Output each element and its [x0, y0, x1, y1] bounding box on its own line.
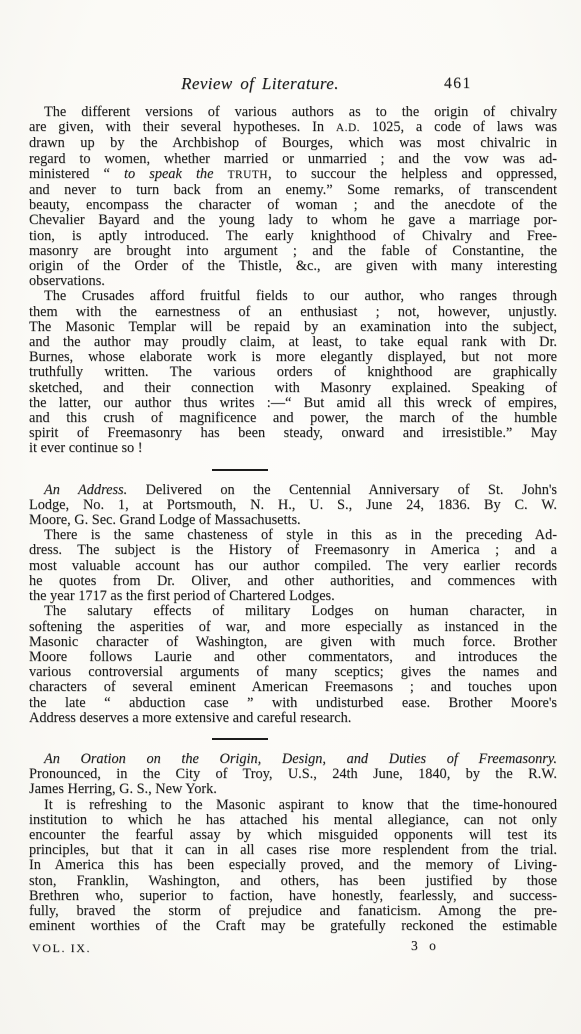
section-divider — [29, 469, 557, 471]
text-line: ston, Franklin, Washington, and others, … — [29, 874, 557, 889]
divider-rule — [212, 738, 268, 740]
text-line: James Herring, G. S., New York. — [29, 782, 557, 797]
italic-text: to speak the — [124, 166, 228, 182]
running-title: Review of Literature. — [130, 74, 390, 94]
text-line: origin of the Order of the Thistle, &c.,… — [29, 259, 557, 274]
text-line: Burnes, whose elaborate work is more ele… — [29, 350, 557, 365]
text-line: characters of several eminent American F… — [29, 680, 557, 695]
text-line: Pronounced, in the City of Troy, U.S., 2… — [29, 767, 557, 782]
address-review-lodges: The salutary effects of military Lodges … — [29, 604, 557, 726]
text-line: the latter, our author thus writes :—“ B… — [29, 396, 557, 411]
text-line: Address deserves a more extensive and ca… — [29, 711, 557, 726]
text-line: regard to women, whether married or unma… — [29, 152, 557, 167]
text-line: There is the same chasteness of style in… — [29, 528, 557, 543]
text-line: Moore follows Laurie and other commentat… — [29, 650, 557, 665]
page-header: Review of Literature. 461 — [0, 0, 581, 100]
signature-mark: 3 o — [411, 938, 440, 954]
text-line: and never to turn back from an enemy.” S… — [29, 183, 557, 198]
oration-review: It is refreshing to the Masonic aspirant… — [29, 798, 557, 935]
text-line: it ever continue so ! — [29, 441, 557, 456]
smallcaps-text: TRUTH — [228, 169, 268, 181]
book-page: Review of Literature. 461 The different … — [0, 0, 581, 1034]
paragraph-crusades: The Crusades afford fruitful fields to o… — [29, 289, 557, 456]
text-line: the late “ abduction case ” with undistu… — [29, 696, 557, 711]
text-line: most valuable account has our author com… — [29, 559, 557, 574]
text-line: The Masonic Templar will be repaid by an… — [29, 320, 557, 335]
text-line: institution to which he has attached his… — [29, 813, 557, 828]
text-line: various controversial arguments of many … — [29, 665, 557, 680]
text-line: Moore, G. Sec. Grand Lodge of Massachuse… — [29, 513, 557, 528]
text-line: encounter the fearful assay by which mis… — [29, 828, 557, 843]
text-line: spirit of Freemasonry has been steady, o… — [29, 426, 557, 441]
text-line: dress. The subject is the History of Fre… — [29, 543, 557, 558]
text-line: An Oration on the Origin, Design, and Du… — [29, 752, 557, 767]
text-line: truthfully written. The various orders o… — [29, 365, 557, 380]
text-line: Brethren who, superior to faction, have … — [29, 889, 557, 904]
text-line: Lodge, No. 1, at Portsmouth, N. H., U. S… — [29, 498, 557, 513]
text-line: tion, is aptly introduced. The early kni… — [29, 229, 557, 244]
text-line: them with the earnestness of an enthusia… — [29, 305, 557, 320]
text-line: An Address. Delivered on the Centennial … — [29, 483, 557, 498]
address-citation: An Address. Delivered on the Centennial … — [29, 483, 557, 529]
page-number: 461 — [444, 75, 472, 93]
oration-citation: An Oration on the Origin, Design, and Du… — [29, 752, 557, 798]
volume-label: VOL. IX. — [32, 941, 91, 956]
text-line: he quotes from Dr. Oliver, and other aut… — [29, 574, 557, 589]
text-line: fully, braved the storm of prejudice and… — [29, 904, 557, 919]
address-review-style: There is the same chasteness of style in… — [29, 528, 557, 604]
text-line: eminent worthies of the Craft may be gra… — [29, 919, 557, 934]
text-line: the year 1717 as the first period of Cha… — [29, 589, 557, 604]
text-line: Masonic character of Washington, are giv… — [29, 635, 557, 650]
smallcaps-text: A.D. — [336, 122, 360, 134]
section-divider — [29, 738, 557, 740]
text-line: observations. — [29, 274, 557, 289]
text-line: masonry are brought into argument ; and … — [29, 244, 557, 259]
text-line: The Crusades afford fruitful fields to o… — [29, 289, 557, 304]
italic-text: An Oration on the Origin, Design, and Du… — [44, 751, 557, 767]
text-line: In America this has been especially prov… — [29, 858, 557, 873]
text-line: sketched, and their connection with Maso… — [29, 381, 557, 396]
text-line: are given, with their several hypotheses… — [29, 120, 557, 136]
italic-text: An Address. — [44, 482, 127, 498]
page-footer: VOL. IX. 3 o — [0, 936, 581, 958]
text-line: Chevalier Bayard and the young lady to w… — [29, 213, 557, 228]
text-line: softening the asperities of war, and mor… — [29, 620, 557, 635]
text-line: The salutary effects of military Lodges … — [29, 604, 557, 619]
text-line: and the author may proudly claim, at lea… — [29, 335, 557, 350]
text-line: and this crush of magnificence and power… — [29, 411, 557, 426]
text-line: It is refreshing to the Masonic aspirant… — [29, 798, 557, 813]
text-line: The different versions of various author… — [29, 105, 557, 120]
text-line: principles, but that it can in all cases… — [29, 843, 557, 858]
paragraph-chivalry: The different versions of various author… — [29, 105, 557, 289]
text-line: ministered “ to speak the TRUTH, to succ… — [29, 167, 557, 183]
divider-rule — [212, 469, 268, 471]
page-body: The different versions of various author… — [29, 105, 557, 934]
text-line: drawn up by the Archbishop of Bourges, w… — [29, 136, 557, 151]
text-line: beauty, encompass the character of woman… — [29, 198, 557, 213]
